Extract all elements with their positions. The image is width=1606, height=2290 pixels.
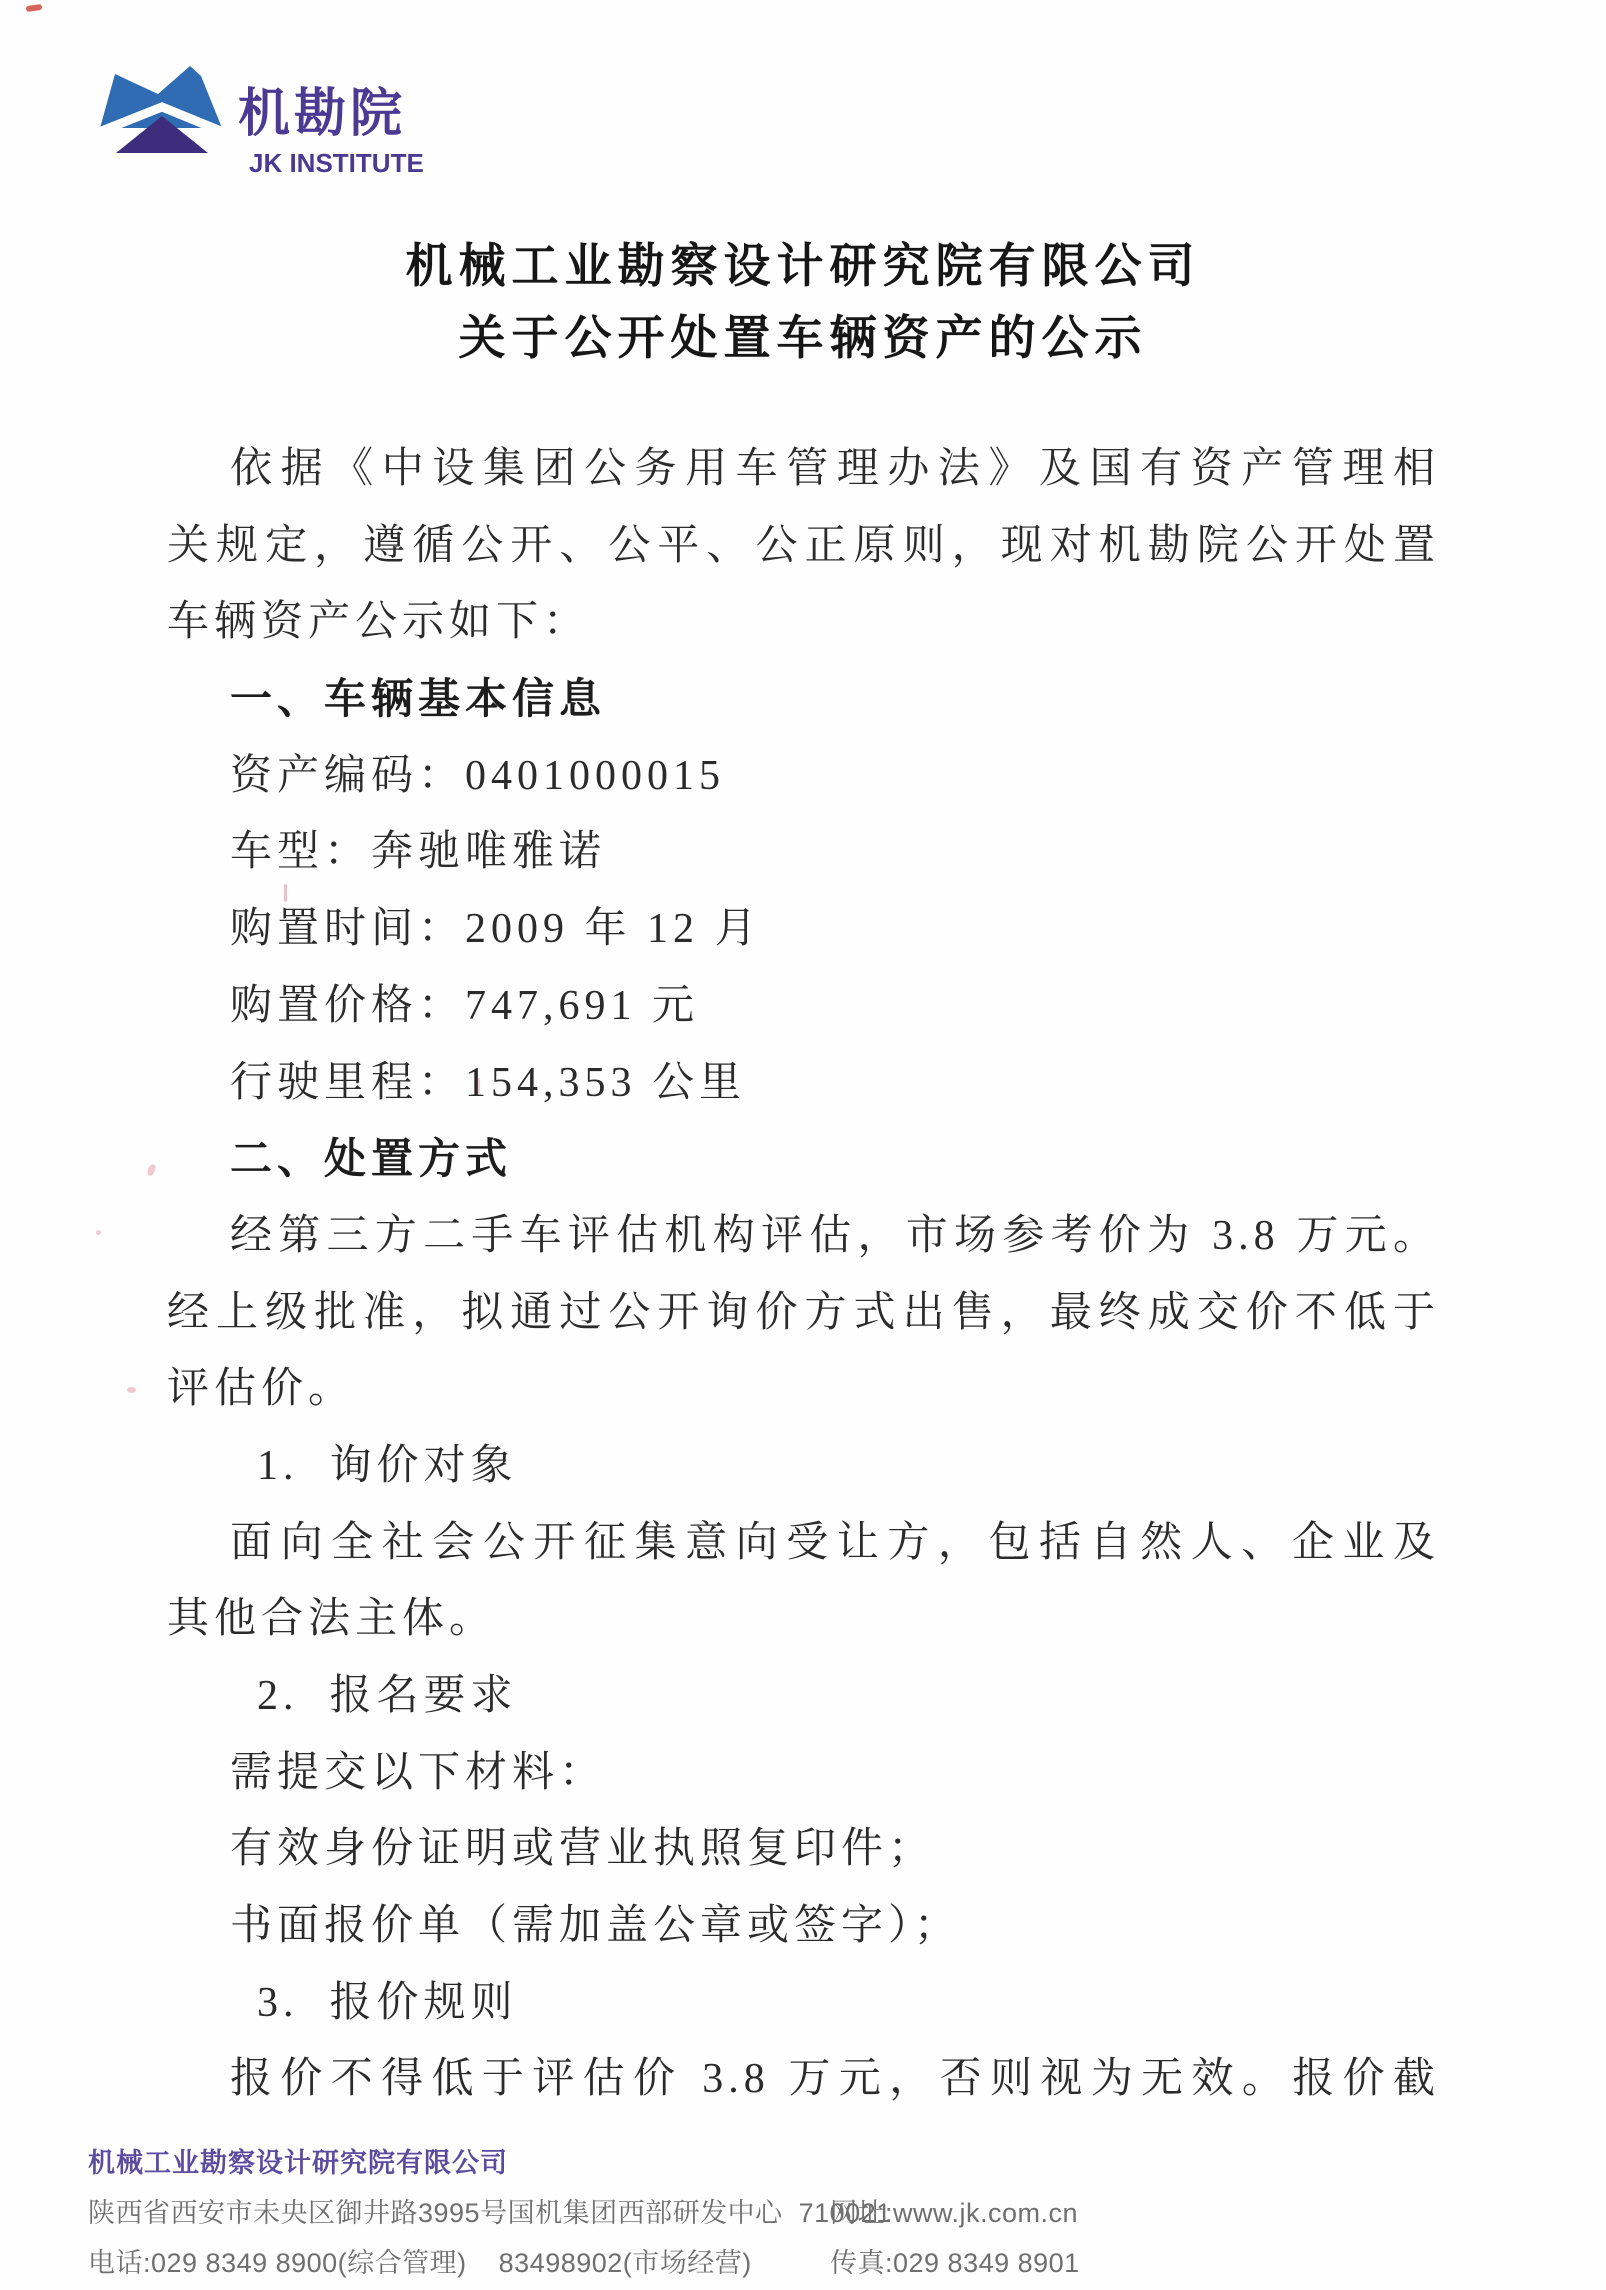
subsection-inquiry-targets: 1. 询价对象 — [167, 1428, 1440, 1505]
body-line: 报价不得低于评估价 3.8 万元，否则视为无效。报价截 — [167, 2041, 1440, 2118]
body-line: 有效身份证明或营业执照复印件； — [167, 1811, 1440, 1888]
body-line: 经上级批准，拟通过公开询价方式出售，最终成交价不低于 — [167, 1275, 1440, 1352]
field-purchase-price: 购置价格：747,691 元 — [167, 968, 1440, 1045]
page-title-line-1: 机械工业勘察设计研究院有限公司 — [0, 240, 1606, 292]
body-line: 面向全社会公开征集意向受让方，包括自然人、企业及 — [167, 1505, 1440, 1582]
logo-name-chinese: 机勘院 — [238, 88, 406, 140]
scan-red-mark — [26, 4, 43, 12]
document-page: 机勘院 JK INSTITUTE 机械工业勘察设计研究院有限公司 关于公开处置车… — [0, 0, 1606, 2290]
logo-name-english: JK INSTITUTE — [249, 150, 424, 176]
scan-speck — [146, 1163, 157, 1177]
field-vehicle-model: 车型：奔驰唯雅诺 — [167, 814, 1440, 891]
document-body: 依据《中设集团公务用车管理办法》及国有资产管理相 关规定，遵循公开、公平、公正原… — [167, 431, 1440, 2118]
field-purchase-date: 购置时间：2009 年 12 月 — [167, 891, 1440, 968]
footer-website: 网址:www.jk.com.cn — [830, 2198, 1078, 2228]
body-line: 需提交以下材料： — [167, 1735, 1440, 1812]
field-asset-code: 资产编码：0401000015 — [167, 738, 1440, 815]
body-line: 书面报价单（需加盖公章或签字）； — [167, 1888, 1440, 1965]
section-heading-vehicle-info: 一、车辆基本信息 — [167, 661, 1440, 738]
page-title-line-2: 关于公开处置车辆资产的公示 — [0, 312, 1606, 364]
body-line: 经第三方二手车评估机构评估，市场参考价为 3.8 万元。 — [167, 1198, 1440, 1275]
footer-address: 陕西省西安市未央区御井路3995号国机集团西部研发中心 710021 — [88, 2198, 892, 2228]
subsection-quotation-rules: 3. 报价规则 — [167, 1965, 1440, 2042]
body-line: 依据《中设集团公务用车管理办法》及国有资产管理相 — [167, 431, 1440, 508]
scan-speck — [96, 1230, 101, 1235]
jk-institute-logo-icon — [100, 66, 222, 156]
field-mileage: 行驶里程：154,353 公里 — [167, 1045, 1440, 1122]
scan-speck — [127, 1387, 136, 1393]
footer-phone: 电话:029 8349 8900(综合管理) 83498902(市场经营) — [88, 2248, 752, 2278]
footer-fax: 传真:029 8349 8901 — [830, 2248, 1080, 2278]
body-line: 其他合法主体。 — [167, 1581, 1440, 1658]
body-line: 关规定，遵循公开、公平、公正原则，现对机勘院公开处置 — [167, 508, 1440, 585]
footer-company-name: 机械工业勘察设计研究院有限公司 — [88, 2148, 508, 2178]
body-line: 车辆资产公示如下： — [167, 584, 1440, 661]
body-line: 评估价。 — [167, 1351, 1440, 1428]
section-heading-disposal-method: 二、处置方式 — [167, 1121, 1440, 1198]
subsection-registration-requirements: 2. 报名要求 — [167, 1658, 1440, 1735]
